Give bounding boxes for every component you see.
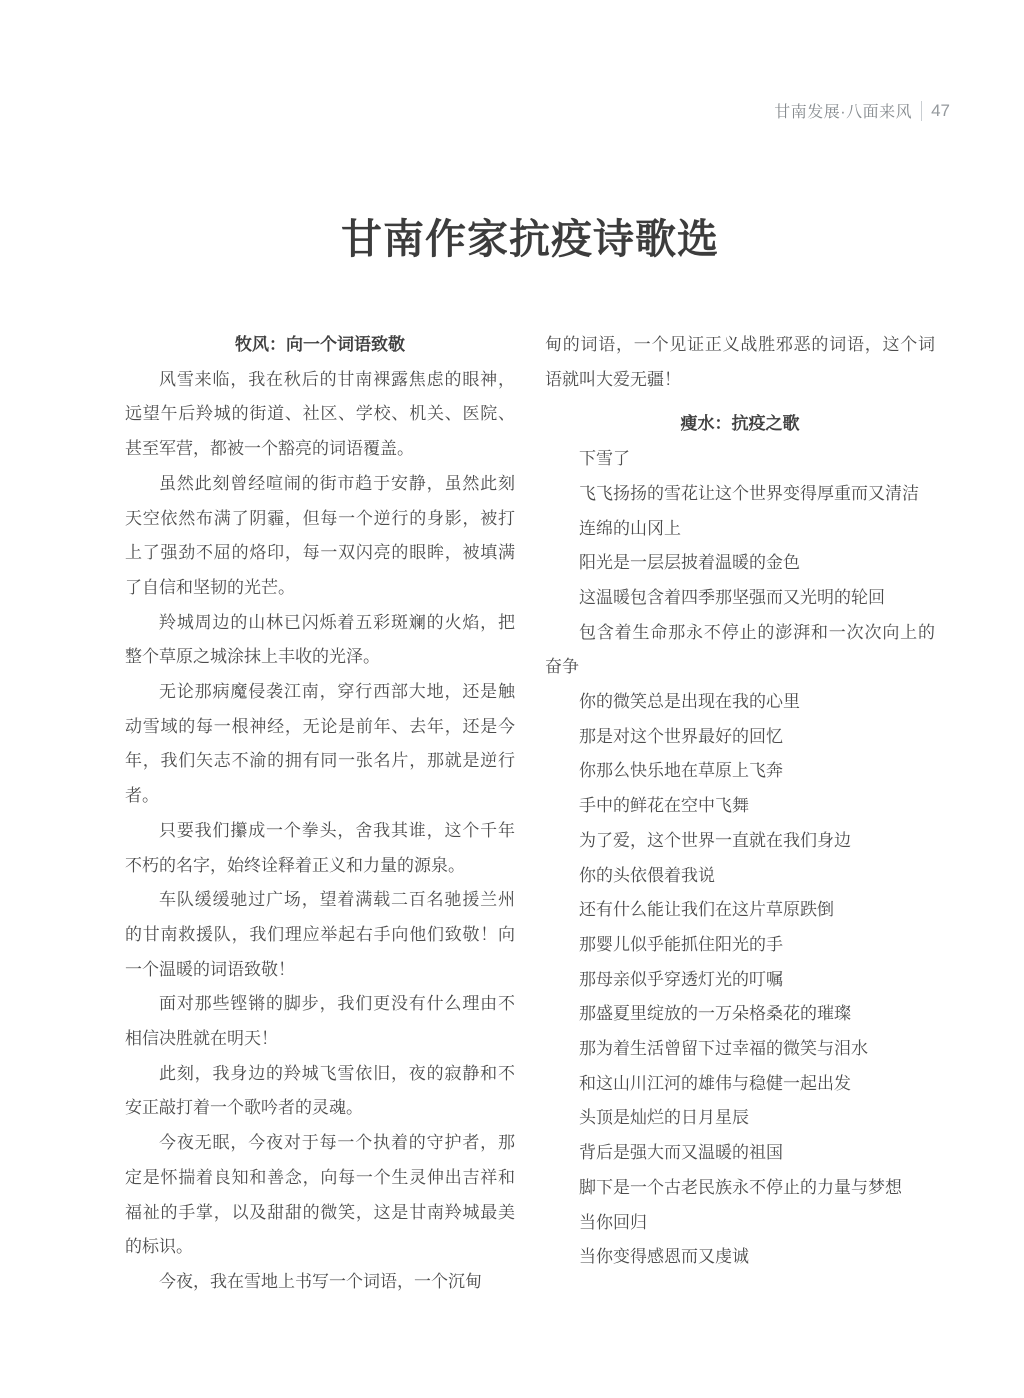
poem1-paragraph: 羚城周边的山林已闪烁着五彩斑斓的火焰，把整个草原之城涂抹上丰收的光泽。 — [125, 606, 515, 675]
poem1-continuation: 甸的词语，一个见证正义战胜邪恶的词语，这个词语就叫大爱无疆！ — [545, 328, 935, 397]
page-header: 甘南发展·八面来风 47 — [774, 99, 950, 122]
poem1-paragraph: 今夜，我在雪地上书写一个词语，一个沉甸 — [125, 1265, 515, 1300]
poem2-line: 那是对这个世界最好的回忆 — [545, 720, 935, 755]
left-column: 牧风：向一个词语致敬 风雪来临，我在秋后的甘南裸露焦虑的眼神，远望午后羚城的街道… — [125, 328, 515, 1300]
poem1-heading: 牧风：向一个词语致敬 — [125, 328, 515, 363]
poem2-line: 下雪了 — [545, 442, 935, 477]
poem2-lines: 下雪了 飞飞扬扬的雪花让这个世界变得厚重而又清洁 连绵的山冈上 阳光是一层层披着… — [545, 442, 935, 1275]
poem2-line: 还有什么能让我们在这片草原跌倒 — [545, 893, 935, 928]
poem2-line: 连绵的山冈上 — [545, 512, 935, 547]
poem2-line: 和这山川江河的雄伟与稳健一起出发 — [545, 1067, 935, 1102]
poem2-line: 你的微笑总是出现在我的心里 — [545, 685, 935, 720]
header-divider — [921, 101, 922, 121]
poem1-paragraph: 此刻，我身边的羚城飞雪依旧，夜的寂静和不安正敲打着一个歌吟者的灵魂。 — [125, 1057, 515, 1126]
poem1-paragraph: 无论那病魔侵袭江南，穿行西部大地，还是触动雪域的每一根神经，无论是前年、去年，还… — [125, 675, 515, 814]
poem1-paragraph: 只要我们攥成一个拳头，舍我其谁，这个千年不朽的名字，始终诠释着正义和力量的源泉。 — [125, 814, 515, 883]
poem2-line: 这温暖包含着四季那坚强而又光明的轮回 — [545, 581, 935, 616]
poem2-line: 那盛夏里绽放的一万朵格桑花的璀璨 — [545, 997, 935, 1032]
poem2-line: 脚下是一个古老民族永不停止的力量与梦想 — [545, 1171, 935, 1206]
poem2-line: 飞飞扬扬的雪花让这个世界变得厚重而又清洁 — [545, 477, 935, 512]
poem1-paragraph: 风雪来临，我在秋后的甘南裸露焦虑的眼神，远望午后羚城的街道、社区、学校、机关、医… — [125, 363, 515, 467]
poem2-line: 包含着生命那永不停止的澎湃和一次次向上的奋争 — [545, 616, 935, 685]
poem2-line: 那为着生活曾留下过幸福的微笑与泪水 — [545, 1032, 935, 1067]
poem1-paragraph: 今夜无眠，今夜对于每一个执着的守护者，那定是怀揣着良知和善念，向每一个生灵伸出吉… — [125, 1126, 515, 1265]
poem2-line: 那母亲似乎穿透灯光的叮嘱 — [545, 963, 935, 998]
poem2-line: 你的头依偎着我说 — [545, 859, 935, 894]
poem2-line: 你那么快乐地在草原上飞奔 — [545, 754, 935, 789]
poem2-heading: 瘦水：抗疫之歌 — [545, 407, 935, 442]
poem1-paragraph: 虽然此刻曾经喧闹的街市趋于安静，虽然此刻天空依然布满了阴霾，但每一个逆行的身影，… — [125, 467, 515, 606]
journal-title: 甘南发展·八面来风 — [774, 99, 912, 122]
poem2-line: 当你变得感恩而又虔诚 — [545, 1240, 935, 1275]
poem1-paragraphs: 风雪来临，我在秋后的甘南裸露焦虑的眼神，远望午后羚城的街道、社区、学校、机关、医… — [125, 363, 515, 1300]
right-column: 甸的词语，一个见证正义战胜邪恶的词语，这个词语就叫大爱无疆！ 瘦水：抗疫之歌 下… — [545, 328, 935, 1300]
poem1-paragraph: 车队缓缓驰过广场，望着满载二百名驰援兰州的甘南救援队，我们理应举起右手向他们致敬… — [125, 883, 515, 987]
text-columns: 牧风：向一个词语致敬 风雪来临，我在秋后的甘南裸露焦虑的眼神，远望午后羚城的街道… — [125, 328, 935, 1300]
poem2-line: 手中的鲜花在空中飞舞 — [545, 789, 935, 824]
poem2-line: 当你回归 — [545, 1206, 935, 1241]
poem2-line: 背后是强大而又温暖的祖国 — [545, 1136, 935, 1171]
page-number: 47 — [931, 101, 950, 121]
poem2-line: 为了爱，这个世界一直就在我们身边 — [545, 824, 935, 859]
poem2-line: 阳光是一层层披着温暖的金色 — [545, 546, 935, 581]
magazine-page: 甘南发展·八面来风 47 甘南作家抗疫诗歌选 牧风：向一个词语致敬 风雪来临，我… — [0, 0, 1024, 1398]
article-title: 甘南作家抗疫诗歌选 — [125, 206, 935, 265]
poem2-line: 那婴儿似乎能抓住阳光的手 — [545, 928, 935, 963]
poem2-line: 头顶是灿烂的日月星辰 — [545, 1101, 935, 1136]
poem1-paragraph: 面对那些铿锵的脚步，我们更没有什么理由不相信决胜就在明天！ — [125, 987, 515, 1056]
